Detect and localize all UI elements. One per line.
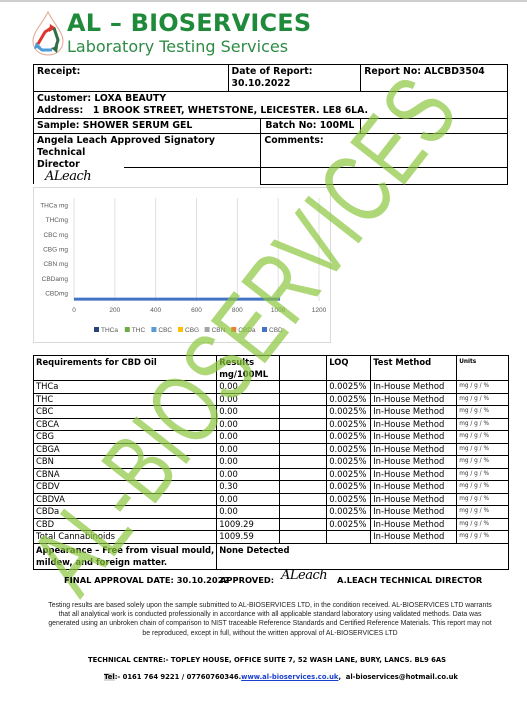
table-row: CBDV0.300.0025%In-House Methodmg / g / % (34, 481, 509, 494)
brand-subtitle: Laboratory Testing Services (67, 37, 288, 56)
report-number: Report No: ALCBD3504 (361, 65, 508, 92)
batch-number: Batch No: 100ML (261, 119, 361, 134)
col-results-line2: mg/100ML (219, 368, 277, 380)
analyte-result: 0.00 (217, 493, 280, 506)
customer-name: Customer: LOXA BEAUTY (37, 93, 504, 105)
table-row: CBDVA0.000.0025%In-House Methodmg / g / … (34, 493, 509, 506)
analyte-loq: 0.0025% (327, 431, 371, 444)
y-category-label: CBG mg (43, 247, 68, 254)
disclaimer-text: Testing results are based solely upon th… (45, 601, 495, 638)
analyte-units: mg / g / % (457, 406, 509, 419)
tel-label: Tel (104, 673, 115, 681)
analyte-units: mg / g / % (457, 381, 509, 394)
analyte-name: CBDVA (34, 493, 217, 506)
blank-cell (280, 381, 327, 394)
analyte-name: CBN (34, 456, 217, 469)
col-results-line1: Results (219, 356, 277, 368)
analyte-result: 0.00 (217, 443, 280, 456)
analyte-units: mg / g / % (457, 418, 509, 431)
appearance-line1: Appearance – Free from visual mould, (36, 544, 214, 556)
legend-label: THC (132, 327, 146, 334)
x-tick-label: 0 (72, 307, 76, 314)
signature: ALeach (37, 171, 257, 183)
final-approval-date: FINAL APPROVAL DATE: 30.10.2022 (64, 575, 229, 585)
analyte-method: In-House Method (371, 481, 457, 494)
analyte-loq (327, 531, 371, 544)
approver-name: A.LEACH TECHNICAL DIRECTOR (337, 575, 482, 585)
x-tick-label: 200 (109, 307, 120, 314)
analyte-units: mg / g / % (457, 456, 509, 469)
table-row: CBCA0.000.0025%In-House Methodmg / g / % (34, 418, 509, 431)
analyte-method: In-House Method (371, 456, 457, 469)
analyte-method: In-House Method (371, 506, 457, 519)
analyte-result: 0.00 (217, 456, 280, 469)
table-row: THC0.000.0025%In-House Methodmg / g / % (34, 393, 509, 406)
analyte-loq: 0.0025% (327, 418, 371, 431)
blank-cell (280, 393, 327, 406)
table-row: Total Cannabinoids1009.59In-House Method… (34, 531, 509, 544)
tel-numbers: :- 0161 764 9221 / 07760760346. (115, 673, 241, 681)
legend-label: CBN (212, 327, 226, 334)
analyte-name: CBCA (34, 418, 217, 431)
analyte-units: mg / g / % (457, 518, 509, 531)
blank-cell (361, 119, 508, 134)
analyte-units: mg / g / % (457, 468, 509, 481)
legend-label: CBG (185, 327, 199, 334)
table-row: CBN0.000.0025%In-House Methodmg / g / % (34, 456, 509, 469)
table-row: CBG0.000.0025%In-House Methodmg / g / % (34, 431, 509, 444)
legend-swatch (262, 327, 267, 332)
blank-cell (280, 468, 327, 481)
blank-cell (280, 481, 327, 494)
analyte-method: In-House Method (371, 406, 457, 419)
analyte-loq: 0.0025% (327, 456, 371, 469)
analyte-name: CBC (34, 406, 217, 419)
legend-label: CBDa (238, 327, 256, 334)
legend-swatch (178, 327, 183, 332)
separator: , (338, 673, 345, 681)
blank-cell (280, 418, 327, 431)
analyte-loq: 0.0025% (327, 443, 371, 456)
legend-label: THCa (101, 327, 118, 334)
comments-cell: Comments: (261, 134, 508, 185)
bar-cbd (74, 298, 280, 301)
sample-name: Sample: SHOWER SERUM GEL (34, 119, 261, 134)
table-row: CBC0.000.0025%In-House Methodmg / g / % (34, 406, 509, 419)
analyte-method: In-House Method (371, 418, 457, 431)
results-header-row: Requirements for CBD Oil Resultsmg/100ML… (34, 356, 509, 381)
legend-swatch (205, 327, 210, 332)
x-tick-label: 400 (150, 307, 161, 314)
analyte-name: CBNA (34, 468, 217, 481)
col-blank (280, 356, 327, 381)
appearance-requirement: Appearance – Free from visual mould,mild… (34, 543, 217, 569)
approved-label: APPROVED: (220, 575, 274, 585)
col-loq: LOQ (327, 356, 371, 381)
analyte-method: In-House Method (371, 381, 457, 394)
blank-cell (280, 518, 327, 531)
analyte-name: CBG (34, 431, 217, 444)
analyte-name: CBD (34, 518, 217, 531)
analyte-name: CBGA (34, 443, 217, 456)
table-row: CBD1009.290.0025%In-House Methodmg / g /… (34, 518, 509, 531)
legend-swatch (125, 327, 130, 332)
blank-cell (280, 493, 327, 506)
y-category-label: THCa mg (40, 202, 68, 209)
analyte-result: 0.00 (217, 431, 280, 444)
blank-cell (280, 456, 327, 469)
appearance-line2: mildew, and foreign matter. (36, 556, 214, 568)
analyte-result: 1009.59 (217, 531, 280, 544)
analyte-name: THCa (34, 381, 217, 394)
technical-centre-address: TECHNICAL CENTRE:- TOPLEY HOUSE, OFFICE … (88, 656, 446, 664)
table-row: CBDa0.000.0025%In-House Methodmg / g / % (34, 506, 509, 519)
chart-plot: 020040060080010001200THCa mgTHCmgCBC mgC… (34, 188, 330, 342)
brand-title: AL – BIOSERVICES (67, 9, 311, 37)
analyte-method: In-House Method (371, 431, 457, 444)
analyte-method: In-House Method (371, 518, 457, 531)
website-link[interactable]: www.al-bioservices.co.uk (241, 673, 338, 681)
date-of-report: Date of Report: 30.10.2022 (228, 65, 361, 92)
table-row: THCa0.000.0025%In-House Methodmg / g / % (34, 381, 509, 394)
signatory-block: Angela Leach Approved Signatory Technica… (34, 134, 261, 185)
y-category-label: CBC mg (43, 232, 68, 239)
analyte-result: 0.00 (217, 468, 280, 481)
analyte-units: mg / g / % (457, 443, 509, 456)
analyte-units: mg / g / % (457, 506, 509, 519)
blank-cell (280, 506, 327, 519)
blank-cell (280, 443, 327, 456)
analyte-units: mg / g / % (457, 431, 509, 444)
legend-label: CBC (158, 327, 172, 334)
top-rule (0, 0, 527, 2)
analyte-method: In-House Method (371, 468, 457, 481)
analyte-result: 0.00 (217, 393, 280, 406)
analyte-result: 1009.29 (217, 518, 280, 531)
analyte-loq: 0.0025% (327, 381, 371, 394)
y-category-label: CBN mg (43, 261, 68, 268)
analyte-loq: 0.0025% (327, 393, 371, 406)
col-method: Test Method (371, 356, 457, 381)
analyte-loq: 0.0025% (327, 406, 371, 419)
analyte-units: mg / g / % (457, 493, 509, 506)
col-requirement: Requirements for CBD Oil (34, 356, 217, 381)
customer-address: Address: 1 BROOK STREET, WHETSTONE, LEIC… (37, 105, 504, 117)
blank-cell (280, 406, 327, 419)
analyte-units: mg / g / % (457, 481, 509, 494)
analyte-method: In-House Method (371, 443, 457, 456)
analyte-method: In-House Method (371, 493, 457, 506)
analyte-loq: 0.0025% (327, 518, 371, 531)
legend-swatch (94, 327, 99, 332)
x-tick-label: 1200 (312, 307, 327, 314)
blank-cell (280, 531, 327, 544)
analyte-name: THC (34, 393, 217, 406)
analyte-method: In-House Method (371, 393, 457, 406)
legend-swatch (231, 327, 236, 332)
analyte-name: CBDa (34, 506, 217, 519)
x-tick-label: 1000 (271, 307, 286, 314)
y-category-label: CBDmg (45, 291, 68, 298)
col-results: Resultsmg/100ML (217, 356, 280, 381)
table-row: CBGA0.000.0025%In-House Methodmg / g / % (34, 443, 509, 456)
analyte-method: In-House Method (371, 531, 457, 544)
x-tick-label: 600 (191, 307, 202, 314)
analyte-units: mg / g / % (457, 531, 509, 544)
analyte-name: Total Cannabinoids (34, 531, 217, 544)
table-row: CBNA0.000.0025%In-House Methodmg / g / % (34, 468, 509, 481)
cannabinoid-chart: 020040060080010001200THCa mgTHCmgCBC mgC… (33, 187, 331, 343)
x-tick-label: 800 (232, 307, 243, 314)
analyte-units: mg / g / % (457, 393, 509, 406)
analyte-result: 0.00 (217, 381, 280, 394)
analyte-result: 0.00 (217, 418, 280, 431)
signatory-title: Angela Leach Approved Signatory Technica… (37, 135, 257, 159)
appearance-result: None Detected (217, 543, 509, 569)
legend-swatch (151, 327, 156, 332)
results-table: Requirements for CBD Oil Resultsmg/100ML… (33, 355, 509, 570)
analyte-result: 0.00 (217, 406, 280, 419)
analyte-loq: 0.0025% (327, 493, 371, 506)
blank-cell (280, 431, 327, 444)
y-category-label: THCmg (46, 217, 69, 224)
signature-underline (124, 167, 508, 168)
email-address: al-bioservices@hotmail.co.uk (346, 673, 458, 681)
analyte-loq: 0.0025% (327, 468, 371, 481)
customer-block: Customer: LOXA BEAUTY Address: 1 BROOK S… (34, 92, 508, 119)
legend-label: CBD (269, 327, 283, 334)
approval-signature: ALeach (281, 568, 327, 583)
analyte-loq: 0.0025% (327, 481, 371, 494)
analyte-loq: 0.0025% (327, 506, 371, 519)
col-units: Units (457, 356, 509, 381)
appearance-row: Appearance – Free from visual mould,mild… (34, 543, 509, 569)
y-category-label: CBDamg (42, 276, 69, 283)
analyte-name: CBDV (34, 481, 217, 494)
analyte-result: 0.30 (217, 481, 280, 494)
analyte-result: 0.00 (217, 506, 280, 519)
contact-line: Tel:- 0161 764 9221 / 07760760346.www.al… (104, 673, 458, 681)
receipt-label: Receipt: (34, 65, 229, 92)
recycle-droplet-icon (30, 10, 66, 56)
